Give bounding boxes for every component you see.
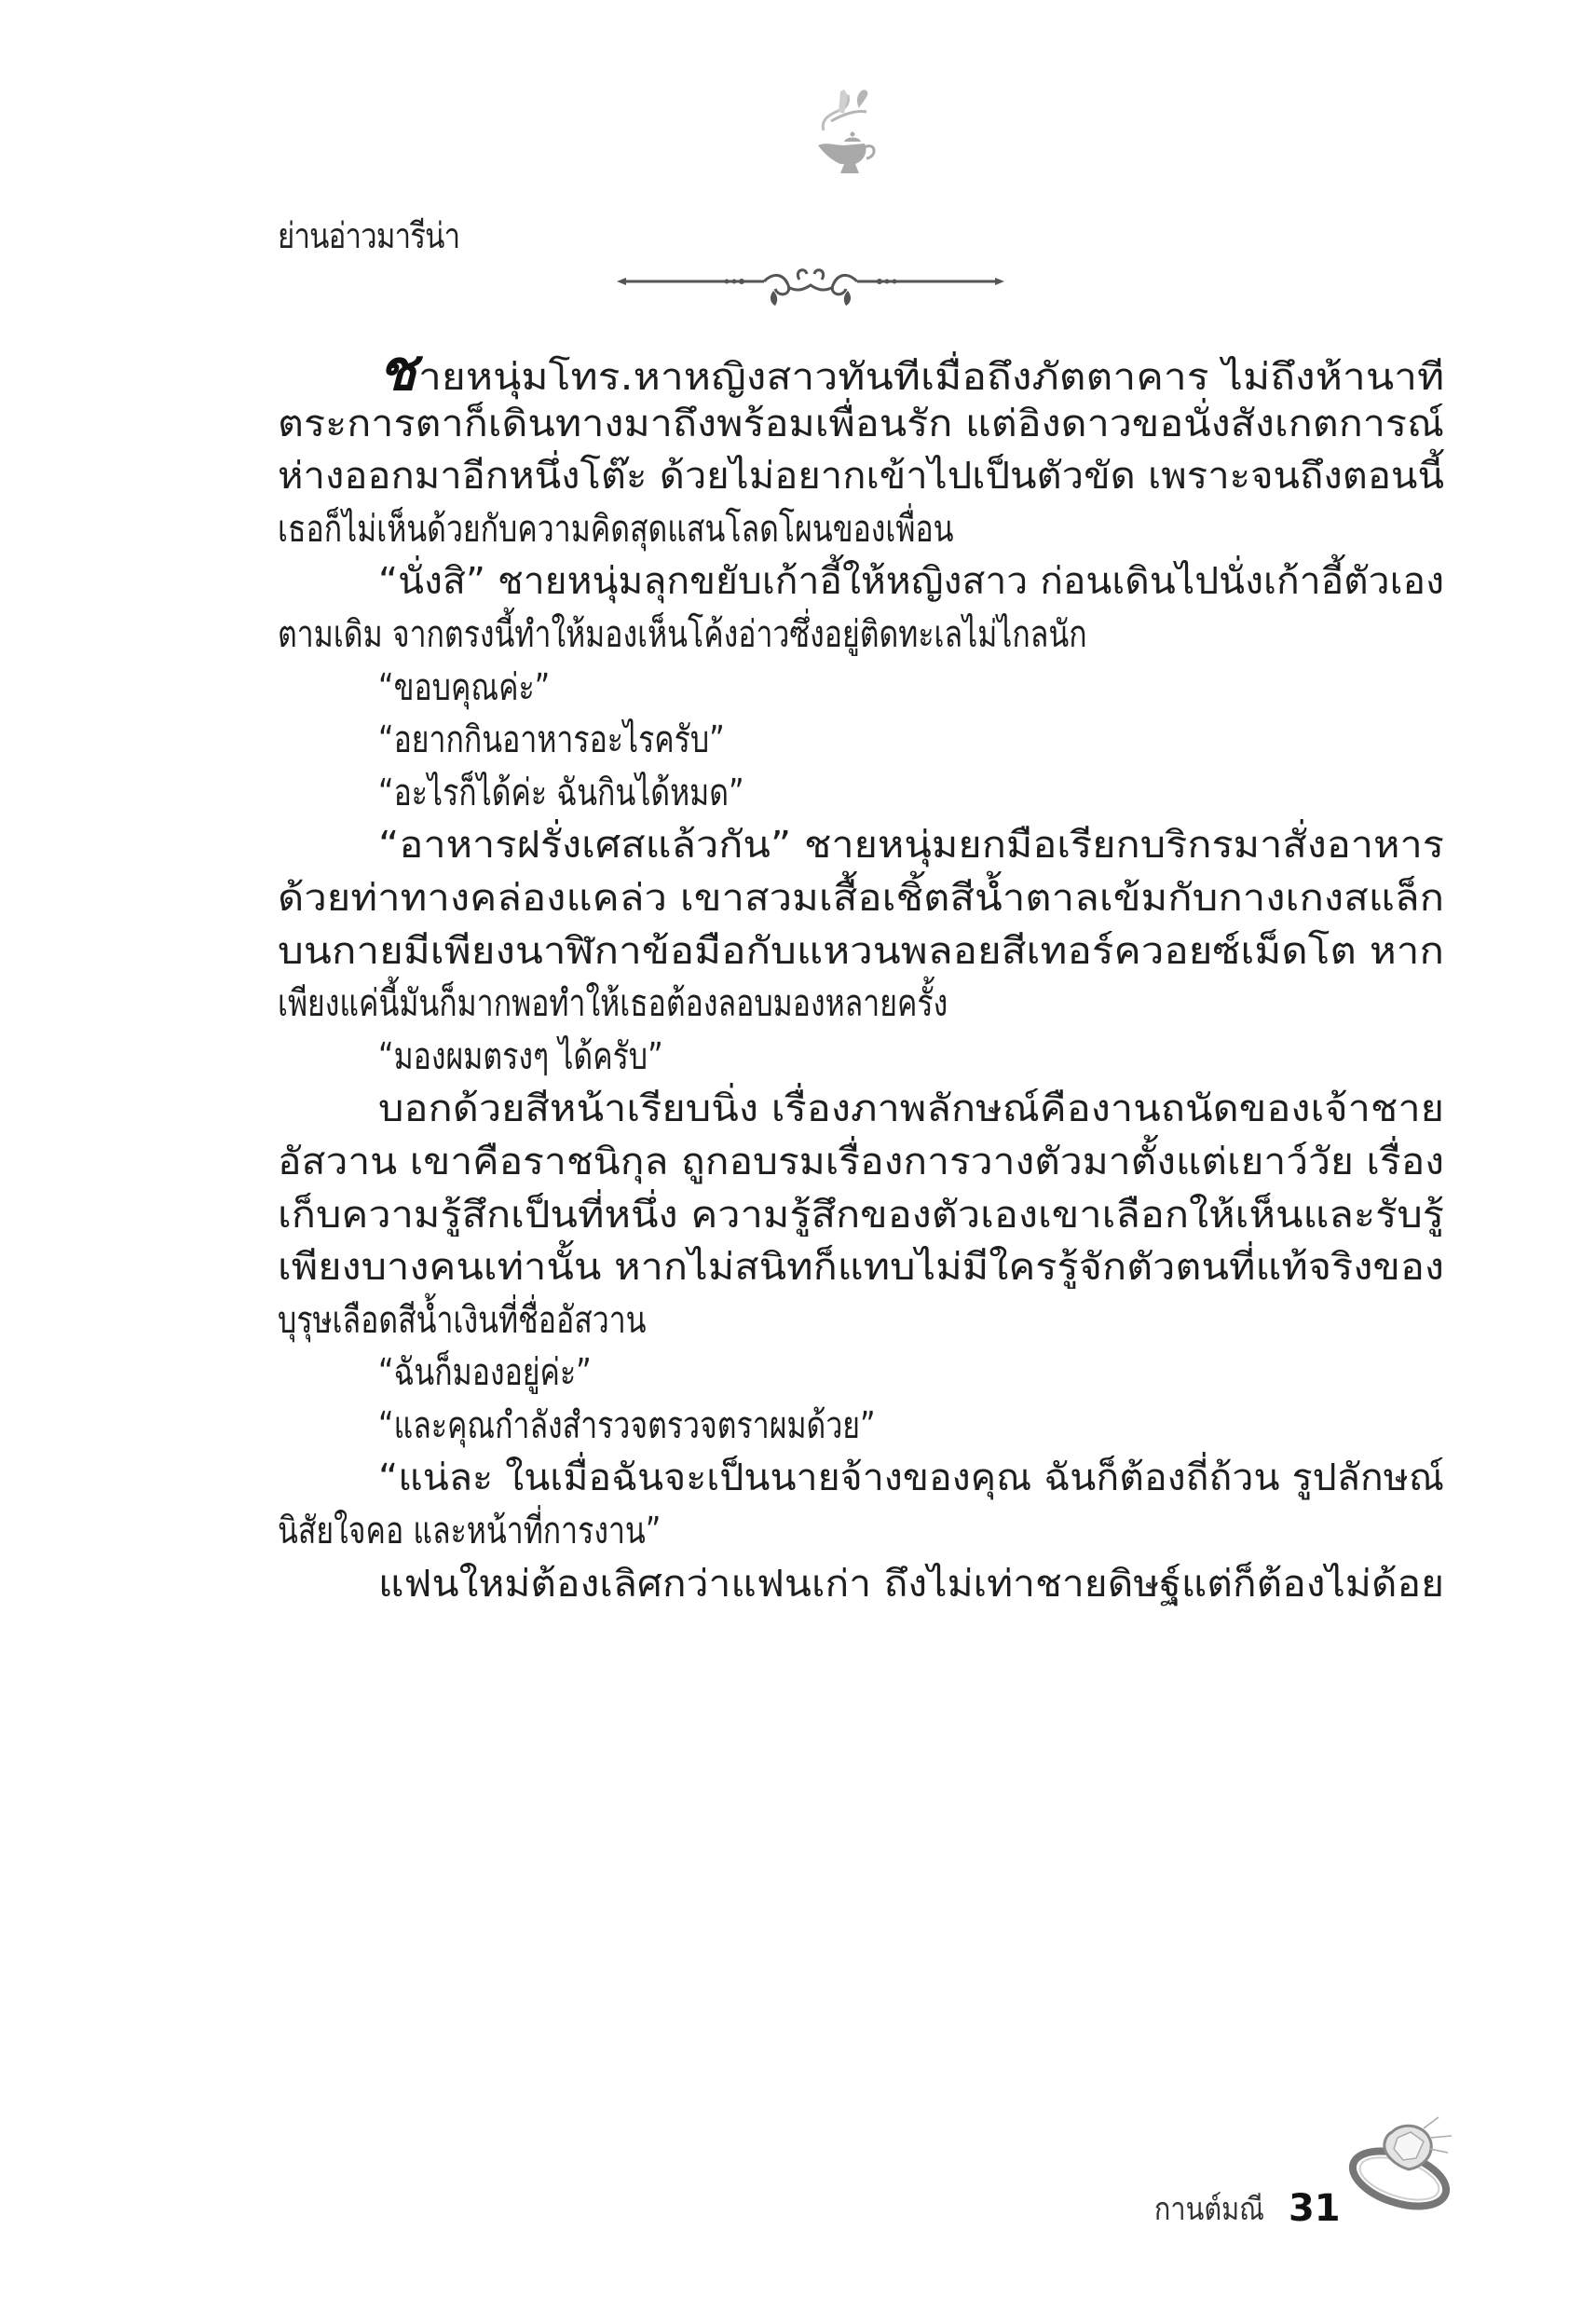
chapter-title: ย่านอ่าวมารีน่า: [278, 207, 459, 264]
paragraph-line: ชายหนุ่มโทร.หาหญิงสาวทันทีเมื่อถึงภัตตาค…: [278, 345, 1444, 398]
paragraph-line: เพียงบางคนเท่านั้น หากไม่สนิทก็แทบไม่มีใ…: [278, 1241, 1444, 1294]
page-number: 31: [1289, 2187, 1341, 2230]
paragraph-line: เธอก็ไม่เห็นด้วยกับความคิดสุดแสนโลดโผนขอ…: [278, 503, 1444, 556]
genie-lamp-cupid-icon: [803, 86, 896, 179]
paragraph-line: บนกายมีเพียงนาฬิกาข้อมือกับแหวนพลอยสีเทอ…: [278, 925, 1444, 978]
dialogue-line: นิสัยใจคอ และหน้าที่การงาน”: [278, 1505, 1444, 1558]
story-body: ชายหนุ่มโทร.หาหญิงสาวทันทีเมื่อถึงภัตตาค…: [278, 345, 1444, 1610]
dialogue-line: “และคุณกำลังสำรวจตรวจตราผมด้วย”: [278, 1400, 1444, 1453]
paragraph-line: “นั่งสิ” ชายหนุ่มลุกขยับเก้าอี้ให้หญิงสา…: [278, 555, 1444, 609]
dropcap: ช: [378, 345, 416, 398]
paragraph-line: “อาหารฝรั่งเศสแล้วกัน” ชายหนุ่มยกมือเรีย…: [278, 819, 1444, 872]
dialogue-line: “ขอบคุณค่ะ”: [278, 662, 1444, 715]
dialogue-line: “อะไรก็ได้ค่ะ ฉันกินได้หมด”: [278, 767, 1444, 820]
paragraph-line: อัสวาน เขาคือราชนิกุล ถูกอบรมเรื่องการวา…: [278, 1136, 1444, 1189]
dialogue-line: “แน่ละ ในเมื่อฉันจะเป็นนายจ้างของคุณ ฉัน…: [278, 1452, 1444, 1505]
page-footer: กานต์มณี 31: [1135, 2181, 1341, 2236]
dialogue-line: “มองผมตรงๆ ได้ครับ”: [278, 1031, 1444, 1084]
book-title: กานต์มณี: [1154, 2183, 1264, 2234]
paragraph-line: เพียงแค่นี้มันก็มากพอทำให้เธอต้องลอบมองห…: [278, 978, 1444, 1031]
paragraph-line: ตระการตาก็เดินทางมาถึงพร้อมเพื่อนรัก แต่…: [278, 398, 1444, 451]
paragraph-line: บุรุษเลือดสีน้ำเงินที่ชื่ออัสวาน: [278, 1294, 1444, 1347]
paragraph-line: เก็บความรู้สึกเป็นที่หนึ่ง ความรู้สึกของ…: [278, 1189, 1444, 1242]
floral-divider-icon: [615, 261, 1006, 308]
paragraph-line: ห่างออกมาอีกหนึ่งโต๊ะ ด้วยไม่อยากเข้าไปเ…: [278, 450, 1444, 503]
dialogue-line: “ฉันก็มองอยู่ค่ะ”: [278, 1347, 1444, 1400]
paragraph-line: ตามเดิม จากตรงนี้ทำให้มองเห็นโค้งอ่าวซึ่…: [278, 609, 1444, 662]
paragraph-line: ด้วยท่าทางคล่องแคล่ว เขาสวมเสื้อเชิ้ตสีน…: [278, 872, 1444, 925]
paragraph-line: บอกด้วยสีหน้าเรียบนิ่ง เรื่องภาพลักษณ์คื…: [278, 1083, 1444, 1136]
paragraph-line: แฟนใหม่ต้องเลิศกว่าแฟนเก่า ถึงไม่เท่าชาย…: [278, 1558, 1444, 1611]
dialogue-line: “อยากกินอาหารอะไรครับ”: [278, 714, 1444, 767]
diamond-ring-icon: [1342, 2115, 1463, 2218]
